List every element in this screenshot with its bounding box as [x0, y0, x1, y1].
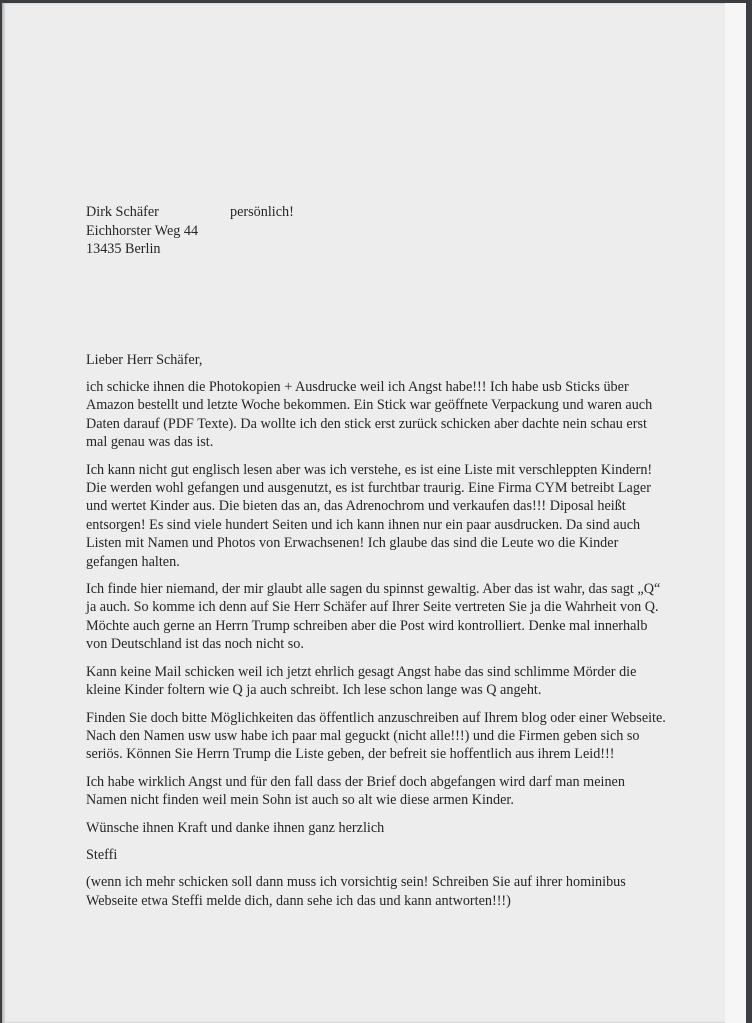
personal-note: persönlich!	[230, 203, 294, 221]
paragraph: Finden Sie doch bitte Möglichkeiten das …	[86, 709, 666, 764]
letter-body: ich schicke ihnen die Photokopien + Ausd…	[86, 378, 666, 919]
sender-city: 13435 Berlin	[86, 240, 386, 259]
closing: Wünsche ihnen Kraft und danke ihnen ganz…	[86, 819, 666, 837]
scanned-page: Dirk Schäfer Eichhorster Weg 44 13435 Be…	[0, 0, 752, 1023]
sender-street: Eichhorster Weg 44	[86, 222, 386, 241]
paragraph: Ich habe wirklich Angst und für den fall…	[86, 773, 666, 810]
postscript: (wenn ich mehr schicken soll dann muss i…	[86, 873, 666, 910]
paragraph: Ich kann nicht gut englisch lesen aber w…	[86, 461, 666, 571]
paragraph: Ich finde hier niemand, der mir glaubt a…	[86, 580, 666, 654]
signature: Steffi	[86, 846, 666, 864]
paragraph: ich schicke ihnen die Photokopien + Ausd…	[86, 378, 666, 452]
salutation: Lieber Herr Schäfer,	[86, 351, 676, 369]
paper-edge	[725, 3, 746, 1023]
paragraph: Kann keine Mail schicken weil ich jetzt …	[86, 663, 666, 700]
